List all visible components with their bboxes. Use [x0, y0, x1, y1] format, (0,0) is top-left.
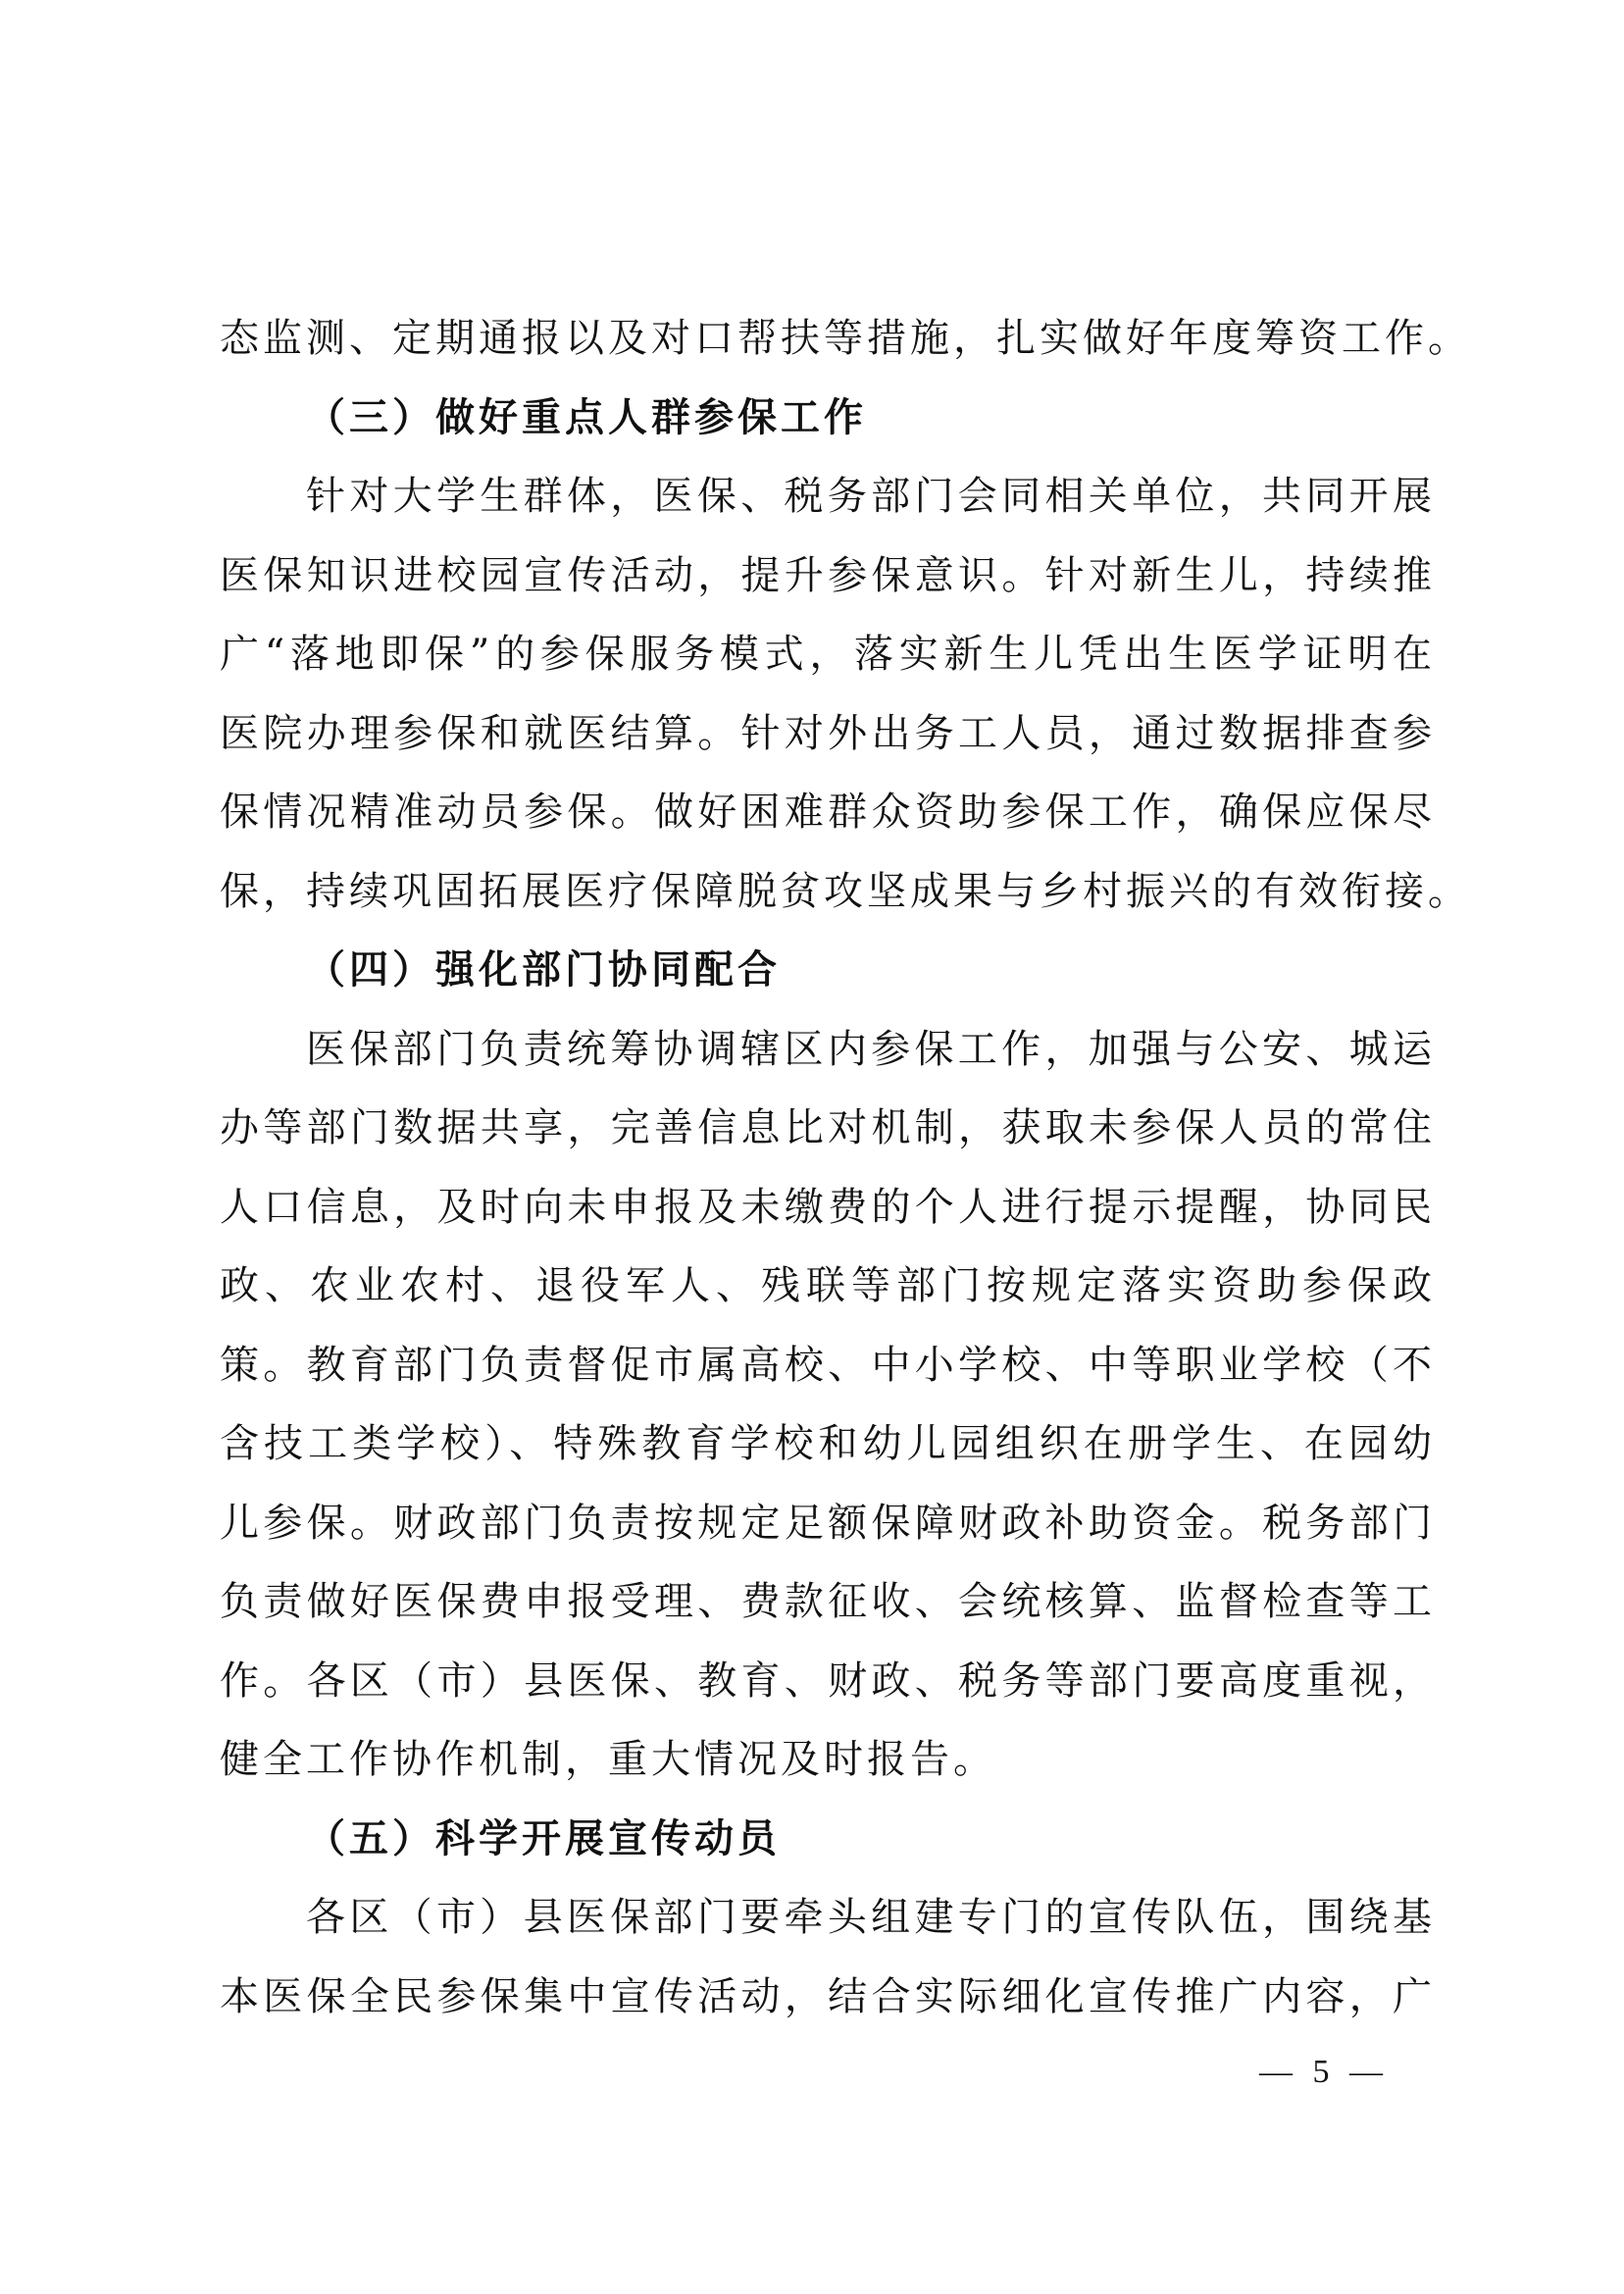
paragraph-line: 广“落地即保”的参保服务模式，落实新生儿凭出生医学证明在 — [220, 615, 1436, 694]
paragraph-line: 医院办理参保和就医结算。针对外出务工人员，通过数据排查参 — [220, 694, 1436, 774]
paragraph-line: 保情况精准动员参保。做好困难群众资助参保工作，确保应保尽 — [220, 773, 1436, 852]
paragraph-line: 含技工类学校）、特殊教育学校和幼儿园组织在册学生、在园幼 — [220, 1404, 1436, 1484]
section-heading-3: （三）做好重点人群参保工作 — [220, 379, 1436, 458]
paragraph-line: 健全工作协作机制，重大情况及时报告。 — [220, 1720, 1436, 1800]
section-heading-4: （四）强化部门协同配合 — [220, 931, 1436, 1010]
paragraph-line: 策。教育部门负责督促市属高校、中小学校、中等职业学校（不 — [220, 1326, 1436, 1405]
paragraph-line: 人口信息，及时向未申报及未缴费的个人进行提示提醒，协同民 — [220, 1168, 1436, 1248]
document-page: 态监测、定期通报以及对口帮扶等措施，扎实做好年度筹资工作。 （三）做好重点人群参… — [0, 0, 1624, 2294]
paragraph-line: 儿参保。财政部门负责按规定足额保障财政补助资金。税务部门 — [220, 1484, 1436, 1563]
paragraph-line: 本医保全民参保集中宣传活动，结合实际细化宣传推广内容，广 — [220, 1958, 1436, 2037]
paragraph-line: 办等部门数据共享，完善信息比对机制，获取未参保人员的常住 — [220, 1089, 1436, 1168]
paragraph-line: 保，持续巩固拓展医疗保障脱贫攻坚成果与乡村振兴的有效衔接。 — [220, 852, 1436, 932]
paragraph-line: 态监测、定期通报以及对口帮扶等措施，扎实做好年度筹资工作。 — [220, 299, 1436, 379]
section-heading-5: （五）科学开展宣传动员 — [220, 1800, 1436, 1879]
page-number: — 5 — — [1245, 2048, 1402, 2097]
page-body: 态监测、定期通报以及对口帮扶等措施，扎实做好年度筹资工作。 （三）做好重点人群参… — [220, 299, 1436, 2036]
paragraph-line: 作。各区（市）县医保、教育、财政、税务等部门要高度重视， — [220, 1642, 1436, 1721]
paragraph-line: 政、农业农村、退役军人、残联等部门按规定落实资助参保政 — [220, 1247, 1436, 1326]
paragraph-line: 各区（市）县医保部门要牵头组建专门的宣传队伍，围绕基 — [220, 1878, 1436, 1958]
paragraph-line: 医保部门负责统筹协调辖区内参保工作，加强与公安、城运 — [220, 1010, 1436, 1090]
paragraph-line: 负责做好医保费申报受理、费款征收、会统核算、监督检查等工 — [220, 1562, 1436, 1642]
paragraph-line: 针对大学生群体，医保、税务部门会同相关单位，共同开展 — [220, 457, 1436, 536]
paragraph-line: 医保知识进校园宣传活动，提升参保意识。针对新生儿，持续推 — [220, 536, 1436, 616]
